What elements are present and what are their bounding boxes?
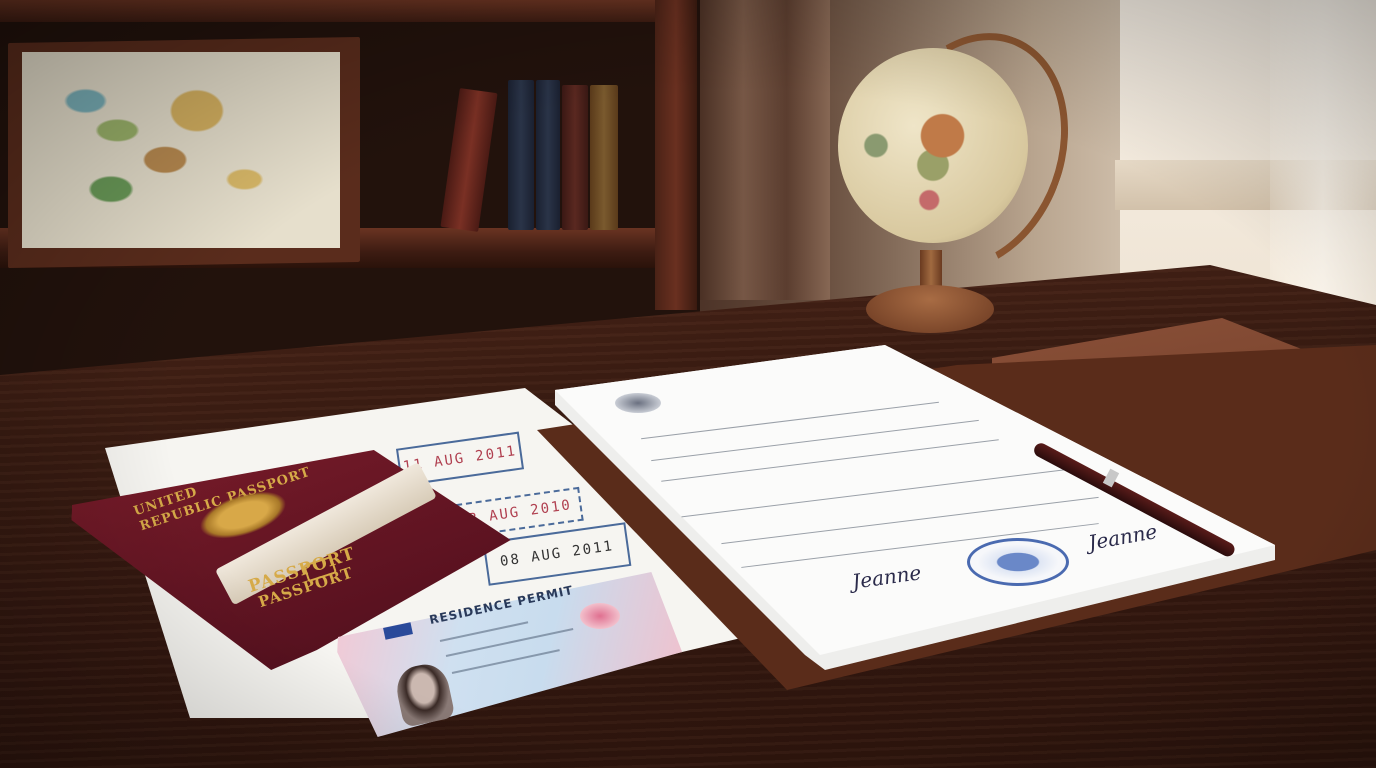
desk-scene: 11 AUG 2011 CB AUG 2010 08 AUG 2011 Jean… <box>0 0 1376 768</box>
shelf-board-top <box>0 0 660 22</box>
globe-icon <box>838 48 1028 243</box>
book-icon <box>562 85 588 230</box>
book-icon <box>536 80 560 230</box>
book-icon <box>590 85 618 230</box>
globe-base <box>866 285 994 333</box>
seal-stamp-icon <box>967 538 1069 586</box>
book-icon <box>508 80 534 230</box>
books <box>440 80 660 230</box>
emblem-icon <box>580 603 620 629</box>
world-map-icon <box>22 52 340 248</box>
curtain <box>700 0 830 300</box>
emblem-icon <box>615 393 661 413</box>
book-icon <box>440 88 497 232</box>
bookshelf-side <box>655 0 697 310</box>
